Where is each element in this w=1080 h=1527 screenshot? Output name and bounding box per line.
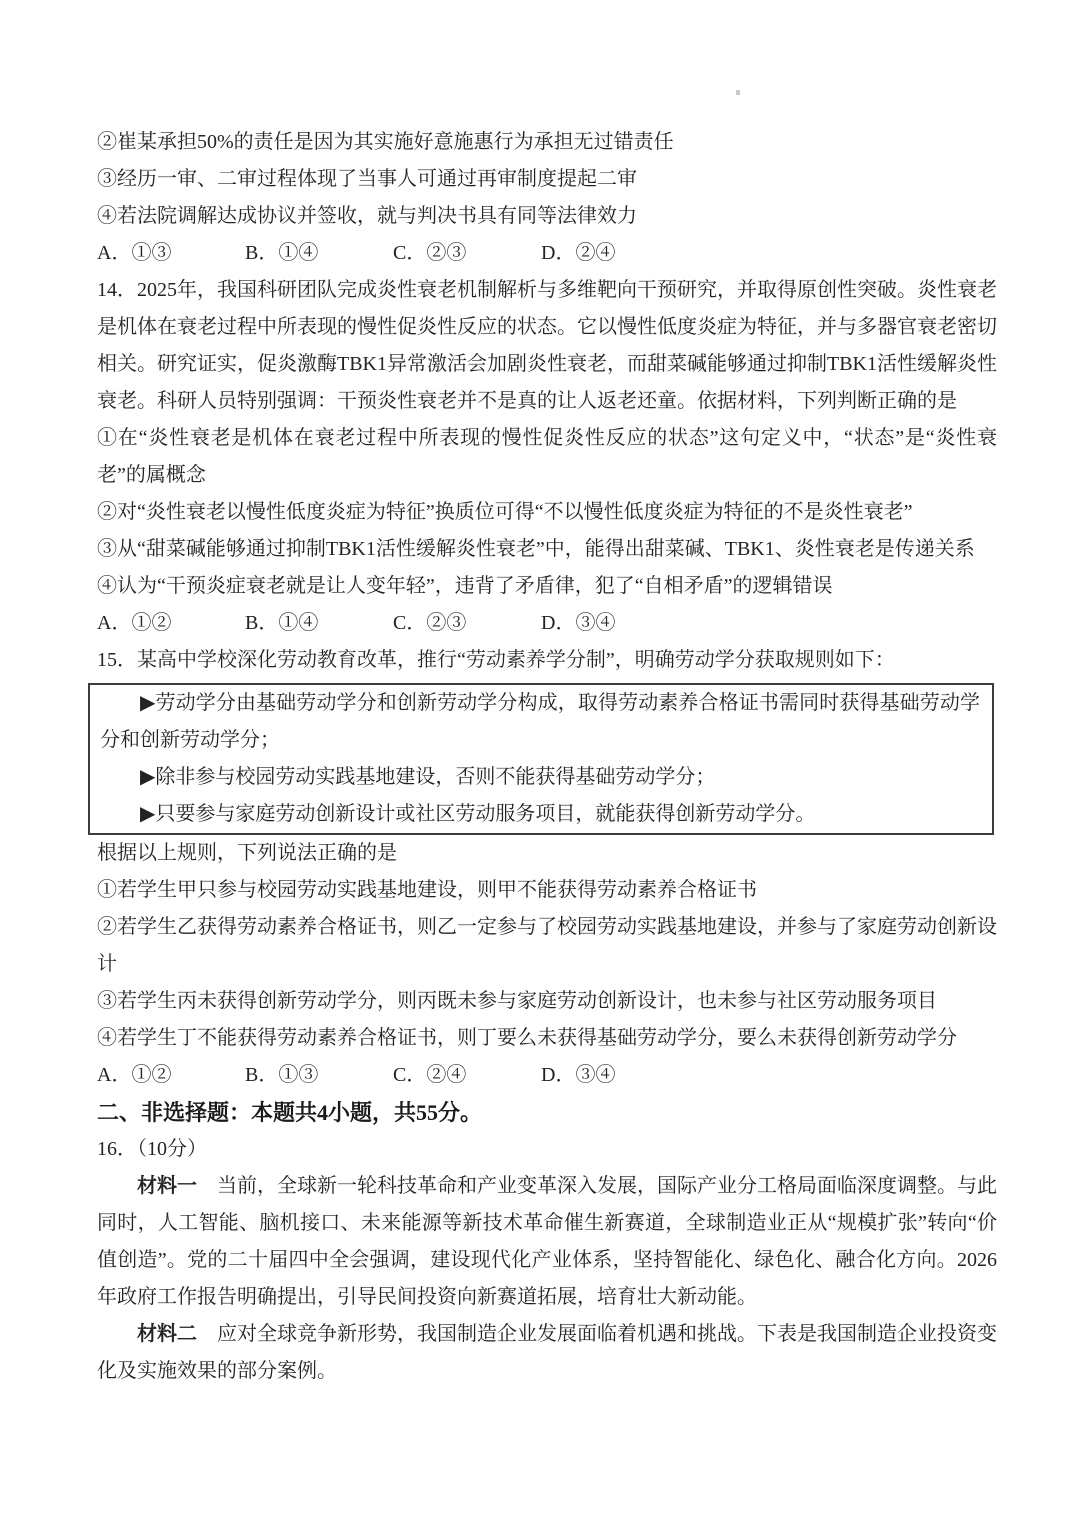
q14-statement-2: ②对“炎性衰老以慢性低度炎症为特征”换质位可得“不以慢性低度炎症为特征的不是炎性… (97, 494, 997, 531)
q13-choices: A．①③ B．①④ C．②③ D．②④ (97, 235, 997, 272)
q15-statement-2: ②若学生乙获得劳动素养合格证书，则乙一定参与了校园劳动实践基地建设，并参与了家庭… (97, 909, 997, 983)
q14-statement-4: ④认为“干预炎症衰老就是让人变年轻”，违背了矛盾律，犯了“自相矛盾”的逻辑错误 (97, 568, 997, 605)
exam-page: ②崔某承担50%的责任是因为其实施好意施惠行为承担无过错责任 ③经历一审、二审过… (0, 0, 1080, 1527)
q13-choice-d: D．②④ (541, 235, 615, 272)
q14-choice-c: C．②③ (393, 605, 541, 642)
q15-statement-4: ④若学生丁不能获得劳动素养合格证书，则丁要么未获得基础劳动学分，要么未获得创新劳… (97, 1020, 997, 1057)
q15-rule-2: ▶除非参与校园劳动实践基地建设，否则不能获得基础劳动学分； (100, 759, 980, 796)
q14-stem: 14．2025年，我国科研团队完成炎性衰老机制解析与多维靶向干预研究，并取得原创… (97, 272, 997, 420)
q15-statement-1: ①若学生甲只参与校园劳动实践基地建设，则甲不能获得劳动素养合格证书 (97, 872, 997, 909)
material-1-label: 材料一 (137, 1175, 197, 1197)
q15-statement-3: ③若学生丙未获得创新劳动学分，则丙既未参与家庭劳动创新设计，也未参与社区劳动服务… (97, 983, 997, 1020)
q13-choice-c: C．②③ (393, 235, 541, 272)
q15-choice-d: D．③④ (541, 1057, 615, 1094)
material-1-text: 当前，全球新一轮科技革命和产业变革深入发展，国际产业分工格局面临深度调整。与此同… (97, 1175, 997, 1308)
q14-statement-1: ①在“炎性衰老是机体在衰老过程中所表现的慢性促炎性反应的状态”这句定义中，“状态… (97, 420, 997, 494)
q15-rule-3: ▶只要参与家庭劳动创新设计或社区劳动服务项目，就能获得创新劳动学分。 (100, 796, 980, 833)
q15-stem: 15．某高中学校深化劳动教育改革，推行“劳动素养学分制”，明确劳动学分获取规则如… (97, 642, 997, 679)
material-2-text: 应对全球竞争新形势，我国制造企业发展面临着机遇和挑战。下表是我国制造企业投资变化… (97, 1323, 997, 1382)
material-2-label: 材料二 (137, 1323, 197, 1345)
q15-choice-b: B．①③ (245, 1057, 393, 1094)
question-14: 14．2025年，我国科研团队完成炎性衰老机制解析与多维靶向干预研究，并取得原创… (97, 272, 997, 642)
q14-choices: A．①② B．①④ C．②③ D．③④ (97, 605, 997, 642)
q16-label: 16．（10分） (97, 1131, 997, 1168)
q13-statement-3: ③经历一审、二审过程体现了当事人可通过再审制度提起二审 (97, 161, 997, 198)
q14-choice-a: A．①② (97, 605, 245, 642)
q16-material-2: 材料二应对全球竞争新形势，我国制造企业发展面临着机遇和挑战。下表是我国制造企业投… (97, 1316, 997, 1390)
exam-content: ②崔某承担50%的责任是因为其实施好意施惠行为承担无过错责任 ③经历一审、二审过… (97, 124, 997, 1390)
q15-rules-box: ▶劳动学分由基础劳动学分和创新劳动学分构成，取得劳动素养合格证书需同时获得基础劳… (88, 683, 994, 835)
q16-material-1: 材料一当前，全球新一轮科技革命和产业变革深入发展，国际产业分工格局面临深度调整。… (97, 1168, 997, 1316)
q13-statement-4: ④若法院调解达成协议并签收，就与判决书具有同等法律效力 (97, 198, 997, 235)
question-13-tail: ②崔某承担50%的责任是因为其实施好意施惠行为承担无过错责任 ③经历一审、二审过… (97, 124, 997, 272)
q15-choice-a: A．①② (97, 1057, 245, 1094)
q14-statement-3: ③从“甜菜碱能够通过抑制TBK1活性缓解炎性衰老”中，能得出甜菜碱、TBK1、炎… (97, 531, 997, 568)
q15-rule-1: ▶劳动学分由基础劳动学分和创新劳动学分构成，取得劳动素养合格证书需同时获得基础劳… (100, 685, 980, 759)
q14-choice-d: D．③④ (541, 605, 615, 642)
q13-choice-a: A．①③ (97, 235, 245, 272)
section-2-heading: 二、非选择题：本题共4小题，共55分。 (97, 1094, 997, 1131)
q15-choice-c: C．②④ (393, 1057, 541, 1094)
q13-statement-2: ②崔某承担50%的责任是因为其实施好意施惠行为承担无过错责任 (97, 124, 997, 161)
print-artifact-dot (736, 90, 740, 95)
q13-choice-b: B．①④ (245, 235, 393, 272)
q14-choice-b: B．①④ (245, 605, 393, 642)
question-16: 16．（10分） 材料一当前，全球新一轮科技革命和产业变革深入发展，国际产业分工… (97, 1131, 997, 1390)
q15-lead: 根据以上规则，下列说法正确的是 (97, 835, 997, 872)
q15-choices: A．①② B．①③ C．②④ D．③④ (97, 1057, 997, 1094)
question-15: 15．某高中学校深化劳动教育改革，推行“劳动素养学分制”，明确劳动学分获取规则如… (97, 642, 997, 1094)
